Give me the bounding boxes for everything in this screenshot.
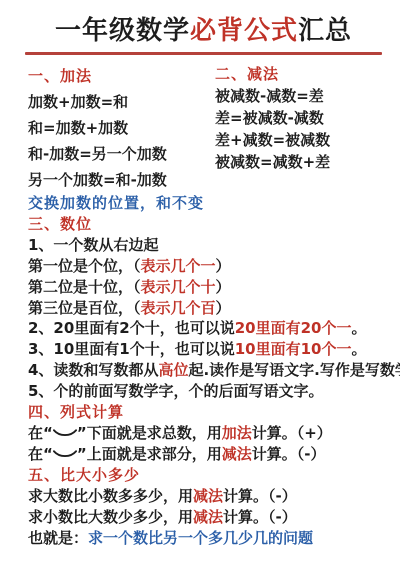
text-segment: 2、20里面有2个十，也可以说 — [28, 319, 235, 337]
formula-columns: 一、加法加数+加数=和和=加数+加数和-加数=另一个加数另一个加数=和-加数 二… — [28, 63, 400, 193]
text-segment: 三、数位 — [28, 215, 92, 233]
text-segment: 加法 — [222, 424, 252, 442]
text-segment: 二、减法 — [215, 65, 279, 83]
addition-formula-line: 和=加数+加数 — [28, 115, 215, 141]
text-segment: 和=加数+加数 — [28, 119, 128, 137]
worksheet-content: 一、加法加数+加数=和和=加数+加数和-加数=另一个加数另一个加数=和-加数 二… — [0, 55, 400, 548]
digits-rule-line: 3、10里面有1个十，也可以说10里面有10个一。 — [28, 339, 400, 360]
text-segment: 3、10里面有1个十，也可以说 — [28, 340, 235, 358]
subtraction-formula-line: 被减数-减数=差 — [215, 85, 400, 107]
text-segment: ） — [216, 278, 231, 296]
section-compare-heading: 五、比大小多少 — [28, 465, 400, 486]
text-segment: 计算。（+） — [252, 424, 332, 442]
text-segment: 第二位是十位，（ — [28, 278, 141, 296]
text-segment: 另一个加数=和-加数 — [28, 171, 167, 189]
text-segment: ） — [216, 299, 231, 317]
text-segment: 4、读数和写数都从 — [28, 361, 158, 379]
digits-rule-line: 第二位是十位，（表示几个十） — [28, 277, 400, 298]
text-segment: 加数+加数=和 — [28, 93, 128, 111]
digits-rule-line: 第三位是百位，（表示几个百） — [28, 298, 400, 319]
text-segment: 差+减数=被减数 — [215, 131, 330, 149]
text-segment: ”上面就是求部分，用 — [77, 445, 222, 463]
text-segment: 被减数=减数+差 — [215, 153, 330, 171]
section-digits-heading: 三、数位 — [28, 214, 400, 235]
text-segment: 1、一个数从右边起 — [28, 236, 158, 254]
digits-rule-line: 5、个的前面写数学字，个的后面写语文字。 — [28, 381, 400, 402]
text-segment: 四、列式计算 — [28, 403, 124, 421]
addition-column: 一、加法加数+加数=和和=加数+加数和-加数=另一个加数另一个加数=和-加数 — [28, 63, 215, 193]
text-segment: ”下面就是求总数，用 — [77, 424, 222, 442]
text-segment: 一、加法 — [28, 67, 92, 85]
text-segment: 表示几个一 — [141, 257, 216, 275]
text-segment: 减法 — [193, 508, 223, 526]
addition-formula-line: 另一个加数=和-加数 — [28, 167, 215, 193]
digits-rule-line: 4、读数和写数都从高位起.读作是写语文字.写作是写数学字 — [28, 360, 400, 381]
equation-rule-line: 在“”上面就是求部分，用减法计算。（-） — [28, 444, 400, 465]
text-segment: 计算。（-） — [223, 487, 297, 505]
text-segment: 在“ — [28, 424, 53, 442]
subtraction-formula-line: 差+减数=被减数 — [215, 129, 400, 151]
underbrace-icon — [53, 449, 77, 459]
text-segment: 必背公式 — [190, 16, 298, 46]
page-title-block: 一年级数学必背公式汇总 — [25, 13, 382, 49]
text-segment: 差=被减数-减数 — [215, 109, 324, 127]
text-segment: ） — [216, 257, 231, 275]
text-segment: 高位 — [158, 361, 188, 379]
text-segment: 求一个数比另一个多几少几的问题 — [88, 529, 313, 547]
compare-rule-line: 求小数比大数少多少，用减法计算。（-） — [28, 507, 400, 528]
text-segment: 也就是： — [28, 529, 88, 547]
section-subtraction-heading: 二、减法 — [215, 63, 400, 85]
digits-rule-line: 2、20里面有2个十，也可以说20里面有20个一。 — [28, 318, 400, 339]
underbrace-icon — [53, 428, 77, 438]
text-segment: 和-加数=另一个加数 — [28, 145, 167, 163]
text-segment: 五、比大小多少 — [28, 466, 140, 484]
addition-formula-line: 和-加数=另一个加数 — [28, 141, 215, 167]
subtraction-column: 二、减法被减数-减数=差差=被减数-减数差+减数=被减数被减数=减数+差 — [215, 63, 400, 193]
text-segment: 5、个的前面写数学字，个的后面写语文字。 — [28, 382, 323, 400]
equation-rule-line: 在“”下面就是求总数，用加法计算。（+） — [28, 423, 400, 444]
text-segment: 表示几个百 — [141, 299, 216, 317]
text-segment: 表示几个十 — [141, 278, 216, 296]
section-equation-heading: 四、列式计算 — [28, 402, 400, 423]
text-segment: 计算。（-） — [223, 508, 297, 526]
text-segment: 减法 — [222, 445, 252, 463]
text-segment: 。 — [352, 340, 367, 358]
text-segment: 20里面有20个一 — [235, 319, 352, 337]
text-segment: 求大数比小数多多少，用 — [28, 487, 193, 505]
text-segment: 求小数比大数少多少，用 — [28, 508, 193, 526]
conclusion-line: 也就是：求一个数比另一个多几少几的问题 — [28, 528, 400, 549]
worksheet-page: 一年级数学必背公式汇总 一、加法加数+加数=和和=加数+加数和-加数=另一个加数… — [0, 0, 400, 565]
commutative-note-line: 交换加数的位置，和不变 — [28, 193, 400, 214]
compare-rule-line: 求大数比小数多多少，用减法计算。（-） — [28, 486, 400, 507]
text-segment: 计算。（-） — [252, 445, 326, 463]
section-addition-heading: 一、加法 — [28, 63, 215, 89]
page-title: 一年级数学必背公式汇总 — [25, 13, 382, 49]
text-segment: 10里面有10个一 — [235, 340, 352, 358]
text-segment: 一年级数学 — [55, 16, 190, 46]
text-segment: 在“ — [28, 445, 53, 463]
text-segment: 第三位是百位，（ — [28, 299, 141, 317]
text-segment: 汇总 — [298, 16, 352, 46]
text-segment: 交换加数的位置，和不变 — [28, 194, 204, 212]
text-segment: 被减数-减数=差 — [215, 87, 324, 105]
digits-rule-line: 第一位是个位，（表示几个一） — [28, 256, 400, 277]
rules-section: 交换加数的位置，和不变三、数位1、一个数从右边起第一位是个位，（表示几个一）第二… — [28, 193, 400, 548]
addition-formula-line: 加数+加数=和 — [28, 89, 215, 115]
text-segment: 减法 — [193, 487, 223, 505]
text-segment: 第一位是个位，（ — [28, 257, 141, 275]
text-segment: 。 — [352, 319, 367, 337]
subtraction-formula-line: 差=被减数-减数 — [215, 107, 400, 129]
digits-rule-line: 1、一个数从右边起 — [28, 235, 400, 256]
text-segment: 起.读作是写语文字.写作是写数学字 — [188, 361, 400, 379]
subtraction-formula-line: 被减数=减数+差 — [215, 151, 400, 173]
